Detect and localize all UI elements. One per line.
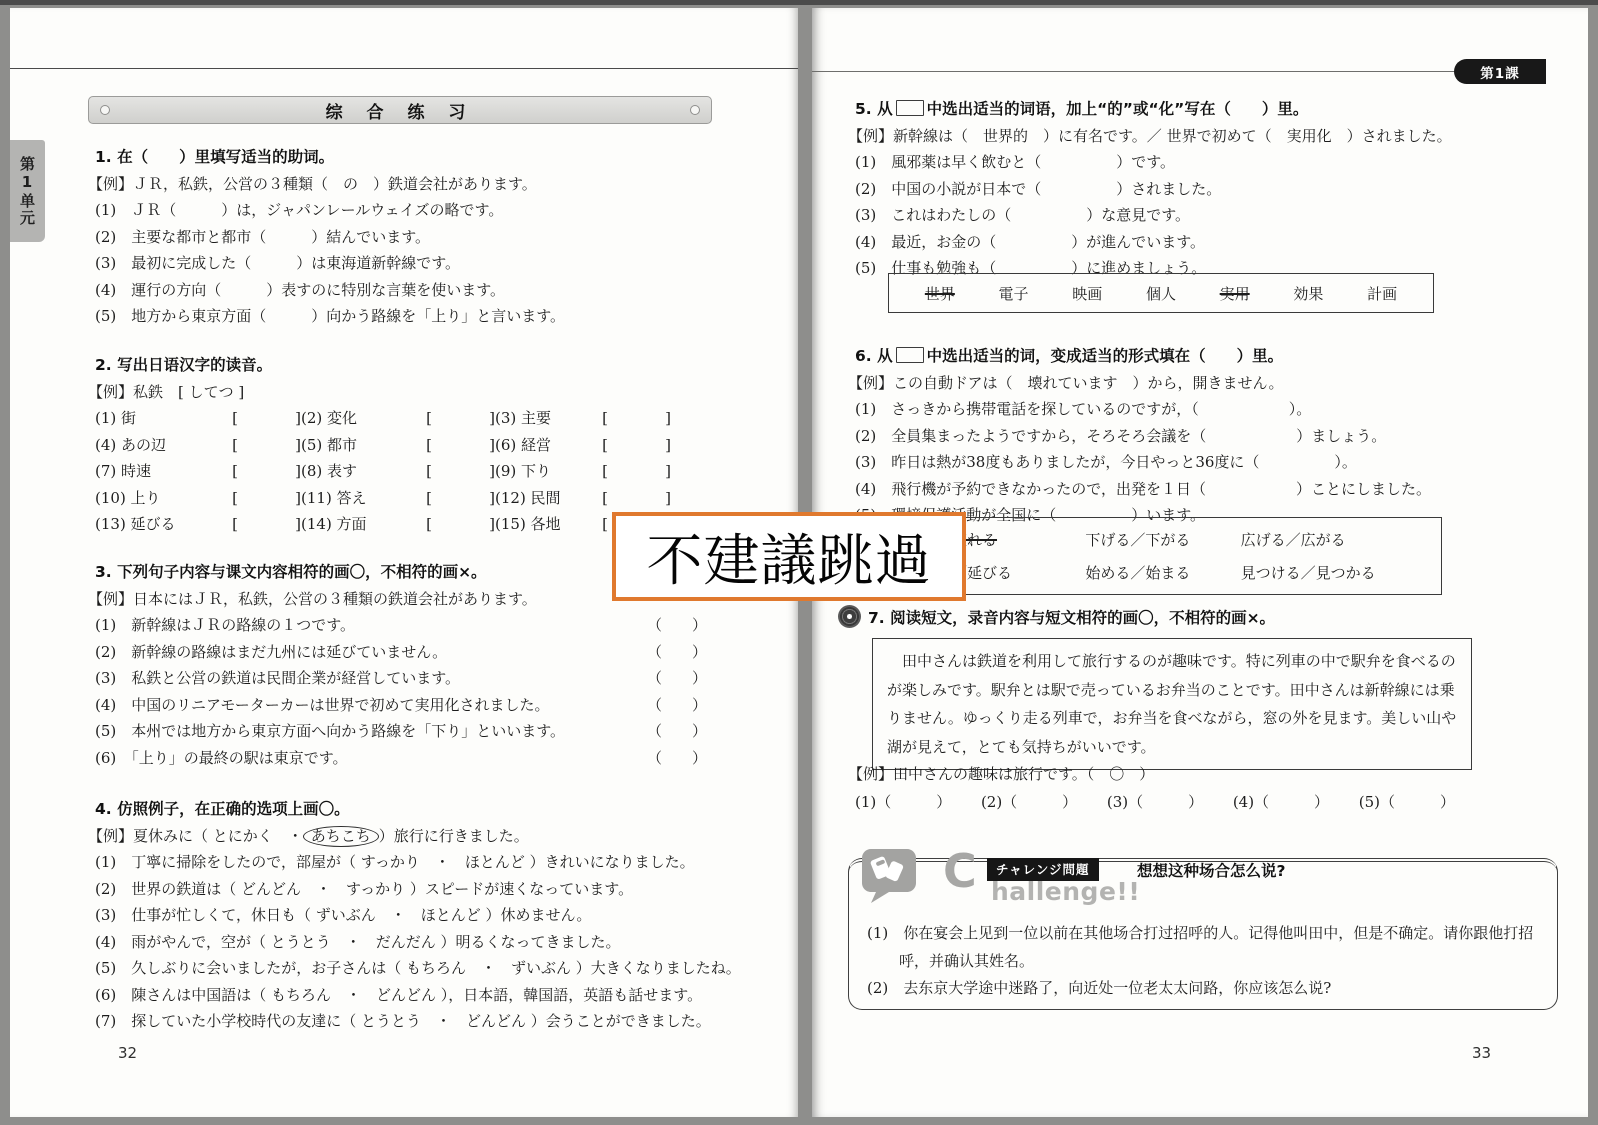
exercise-1-item: (5) 地方から東京方面（ ）向かう路線を「上り」と言います。 [95, 303, 565, 330]
challenge-item: (2) 去东京大学途中迷路了，向近处一位老太太问路，你应该怎么说? [867, 975, 1543, 1003]
exercise-6: 6. 从中选出适当的词，变成适当的形式填在（ ）里。 【例】この自動ドアは（ 壊… [855, 343, 1431, 529]
exercise-5-example: 【例】新幹線は（ 世界的 ）に有名です。／ 世界で初めて（ 実用化 ）されました… [848, 123, 1452, 150]
reading-cell: (10) 上り[ ] [95, 485, 301, 512]
exercise-2: 2. 写出日语汉字的读音。 【例】私鉄 [ してつ ] (1) 街[ ] (2)… [95, 352, 671, 538]
page-number-right: 33 [1472, 1044, 1491, 1062]
reading-cell: (9) 下り[ ] [495, 458, 671, 485]
challenge-wordmark: hallenge!! [991, 877, 1140, 906]
exercise-7-heading: 7. 阅读短文，录音内容与短文相符的画〇，不相符的画×。 [868, 606, 1275, 628]
exercise-4-example: 【例】夏休みに（ とにかく ・あちこち）旅行に行きました。 [88, 823, 741, 850]
word-option: 実用 [1220, 283, 1250, 304]
scan-top-strip [0, 0, 1598, 5]
reading-cell: (3) 主要[ ] [495, 405, 671, 432]
unit-tab: 第1单元 [10, 140, 45, 242]
passage-text: 田中さんは鉄道を利用して旅行するのが趣味です。特に列車の中で駅弁を食べるのが楽し… [887, 652, 1456, 756]
lesson-tab: 第1課 [1454, 59, 1546, 84]
reading-cell: (2) 変化[ ] [301, 405, 495, 432]
exercise-4-item: (7) 探していた小学校時代の友達に（ とうとう ・ どんどん ）会うことができ… [95, 1008, 741, 1035]
word-option: 計画 [1367, 283, 1397, 304]
overlay-text: 不建議跳過 [647, 517, 932, 597]
challenge-item: (1) 你在宴会上见到一位以前在其他场合打过招呼的人。记得他叫田中，但是不确定。… [867, 920, 1543, 975]
reading-cell: (6) 経営[ ] [495, 432, 671, 459]
section-title-bar: 综 合 练 习 [88, 96, 712, 124]
exercise-4-heading: 4. 仿照例子，在正确的选项上画〇。 [95, 796, 741, 823]
exercise-2-heading: 2. 写出日语汉字的读音。 [95, 352, 671, 379]
word-box-placeholder-icon [896, 100, 924, 116]
word-option: 個人 [1146, 283, 1176, 304]
do-not-skip-overlay: 不建議跳過 [612, 512, 966, 601]
exercise-6-word-box: 壊す／壊れる 下げる／下がる 広げる／広がる 延ばす／延びる 始める／始まる 見… [884, 517, 1442, 595]
answer-blank: （ ） [647, 612, 707, 639]
answer-blank: （ ） [647, 639, 707, 666]
exercise-3-item: (1) 新幹線はＪＲの路線の１つです。（ ） [95, 612, 707, 639]
audio-cd-icon [838, 605, 861, 628]
answer-slot: (5)（ ） [1359, 791, 1455, 812]
example-label: 【例】私鉄 [88, 383, 163, 401]
reading-cell: (14) 方面[ ] [301, 511, 495, 538]
unit-tab-label: 第1单元 [17, 156, 38, 227]
exercise-5-item: (1) 風邪薬は早く飲むと（ ）です。 [855, 149, 1452, 176]
exercise-4-item: (1) 丁寧に掃除をしたので，部屋が（ すっかり ・ ほとんど ）きれいになりま… [95, 849, 741, 876]
reading-cell: (1) 街[ ] [95, 405, 301, 432]
answer-blank: （ ） [647, 692, 707, 719]
challenge-big-c: C [943, 848, 977, 894]
word-option: 世界 [925, 283, 955, 304]
challenge-prompt: 想想这种场合怎么说? [1137, 859, 1286, 881]
exercise-6-heading: 6. 从中选出适当的词，变成适当的形式填在（ ）里。 [855, 343, 1431, 370]
answer-slot: (3)（ ） [1107, 791, 1203, 812]
left-page-top-rule [10, 68, 798, 69]
answer-slot: (1)（ ） [855, 791, 951, 812]
exercise-1-heading: 1. 在（ ）里填写适当的助词。 [95, 144, 565, 171]
reading-cell: (4) あの辺[ ] [95, 432, 301, 459]
exercise-6-item: (2) 全員集まったようですから，そろそろ会議を（ ）ましょう。 [855, 423, 1431, 450]
lesson-tab-label: 第1課 [1480, 62, 1519, 82]
exercise-3-item: (6) 「上り」の最終の駅は東京です。（ ） [95, 745, 707, 772]
exercise-4-item: (2) 世界の鉄道は（ どんどん ・ すっかり ）スピードが速くなっています。 [95, 876, 741, 903]
word-box-placeholder-icon [896, 347, 924, 363]
exercise-5-heading: 5. 从中选出适当的词语，加上“的”或“化”写在（ ）里。 [855, 96, 1452, 123]
challenge-section: C チャレンジ問題 hallenge!! 想想这种场合怎么说? (1) 你在宴会… [848, 858, 1558, 1010]
word-option: 見つける／見つかる [1241, 562, 1419, 583]
reading-cell: (8) 表す[ ] [301, 458, 495, 485]
exercise-3-item: (2) 新幹線の路線はまだ九州には延びていません。（ ） [95, 639, 707, 666]
exercise-1-item: (2) 主要な都市と都市（ ）結んでいます。 [95, 224, 565, 251]
right-page-top-rule [812, 71, 1454, 72]
listening-passage-box: 田中さんは鉄道を利用して旅行するのが趣味です。特に列車の中で駅弁を食べるのが楽し… [872, 638, 1472, 770]
exercise-6-item: (1) さっきから携帯電話を探しているのですが，（ ）。 [855, 396, 1431, 423]
challenge-logo: C チャレンジ問題 hallenge!! 想想这种场合怎么说? [853, 848, 1561, 912]
reading-cell: (7) 時速[ ] [95, 458, 301, 485]
reading-cell: (11) 答え[ ] [301, 485, 495, 512]
exercise-2-example: 【例】私鉄 [ してつ ] [88, 379, 671, 406]
screw-icon [100, 105, 110, 115]
hands-speech-bubble-icon [859, 846, 919, 911]
exercise-1-item: (3) 最初に完成した（ ）は東海道新幹線です。 [95, 250, 565, 277]
word-option: 下げる／下がる [1085, 529, 1240, 550]
answer-slot: (4)（ ） [1233, 791, 1329, 812]
challenge-items: (1) 你在宴会上见到一位以前在其他场合打过招呼的人。记得他叫田中，但是不确定。… [867, 920, 1543, 1003]
answer-blank: （ ） [647, 718, 707, 745]
section-title: 综 合 练 习 [326, 98, 475, 123]
exercise-1-item: (1) ＪＲ（ ）は，ジャパンレールウェイズの略です。 [95, 197, 565, 224]
exercise-6-example: 【例】この自動ドアは（ 壊れています ）から，開きません。 [848, 370, 1431, 397]
exercise-1-example: 【例】ＪＲ，私鉄，公営の３種類（ の ）鉄道会社があります。 [88, 171, 565, 198]
exercise-5-item: (3) これはわたしの（ ）な意見です。 [855, 202, 1452, 229]
exercise-7-heading-row: 7. 阅读短文，录音内容与短文相符的画〇，不相符的画×。 [838, 605, 1275, 628]
word-option: 映画 [1072, 283, 1102, 304]
reading-cell: (5) 都市[ ] [301, 432, 495, 459]
reading-cell: (13) 延びる[ ] [95, 511, 301, 538]
exercise-5: 5. 从中选出适当的词语，加上“的”或“化”写在（ ）里。 【例】新幹線は（ 世… [855, 96, 1452, 282]
exercise-3-item: (3) 私鉄と公営の鉄道は民間企業が経営しています。（ ） [95, 665, 707, 692]
exercise-6-item: (4) 飛行機が予約できなかったので，出発を１日（ ）ことにしました。 [855, 476, 1431, 503]
exercise-5-word-box: 世界 電子 映画 個人 実用 効果 計画 [888, 273, 1434, 313]
exercise-4-item: (3) 仕事が忙しくて，休日も（ ずいぶん ・ ほとんど ）休めません。 [95, 902, 741, 929]
exercise-5-item: (2) 中国の小説が日本で（ ）されました。 [855, 176, 1452, 203]
answer-blank: （ ） [647, 745, 707, 772]
exercise-7-example: 【例】田中さんの趣味は旅行です。（ 〇 ） [848, 761, 1154, 788]
answer-slot: (2)（ ） [981, 791, 1077, 812]
exercise-4-item: (4) 雨がやんで，空が（ とうとう ・ だんだん ）明るくなってきました。 [95, 929, 741, 956]
exercise-4-item: (5) 久しぶりに会いましたが，お子さんは（ もちろん ・ ずいぶん ）大きくな… [95, 955, 741, 982]
exercise-2-grid: (1) 街[ ] (2) 変化[ ] (3) 主要[ ] (4) あの辺[ ] … [95, 405, 671, 538]
exercise-6-item: (3) 昨日は熱が38度もありましたが，今日やっと36度に（ ）。 [855, 449, 1431, 476]
word-option: 始める／始まる [1085, 562, 1240, 583]
page-number-left: 32 [118, 1044, 137, 1062]
exercise-1: 1. 在（ ）里填写适当的助词。 【例】ＪＲ，私鉄，公営の３種類（ の ）鉄道会… [95, 144, 565, 330]
screw-icon [690, 105, 700, 115]
word-option: 電子 [999, 283, 1029, 304]
exercise-5-item: (4) 最近，お金の（ ）が進んでいます。 [855, 229, 1452, 256]
exercise-7-answers: (1)（ ） (2)（ ） (3)（ ） (4)（ ） (5)（ ） [855, 791, 1455, 812]
reading-cell: (12) 民間[ ] [495, 485, 671, 512]
answer-blank: （ ） [647, 665, 707, 692]
exercise-3-item: (4) 中国のリニアモーターカーは世界で初めて実用化されました。（ ） [95, 692, 707, 719]
exercise-3-item: (5) 本州では地方から東京方面へ向かう路線を「下り」といいます。（ ） [95, 718, 707, 745]
book-spread: 第1单元 综 合 练 习 1. 在（ ）里填写适当的助词。 【例】ＪＲ，私鉄，公… [0, 0, 1598, 1125]
exercise-4-item: (6) 陳さんは中国語は（ もちろん ・ どんどん ），日本語，韓国語，英語も話… [95, 982, 741, 1009]
circled-answer: あちこち [303, 826, 379, 847]
exercise-4: 4. 仿照例子，在正确的选项上画〇。 【例】夏休みに（ とにかく ・あちこち）旅… [95, 796, 741, 1035]
word-option: 広げる／広がる [1241, 529, 1419, 550]
example-reading: [ してつ ] [178, 383, 244, 401]
word-option: 効果 [1293, 283, 1323, 304]
exercise-1-item: (4) 運行の方向（ ）表すのに特別な言葉を使います。 [95, 277, 565, 304]
